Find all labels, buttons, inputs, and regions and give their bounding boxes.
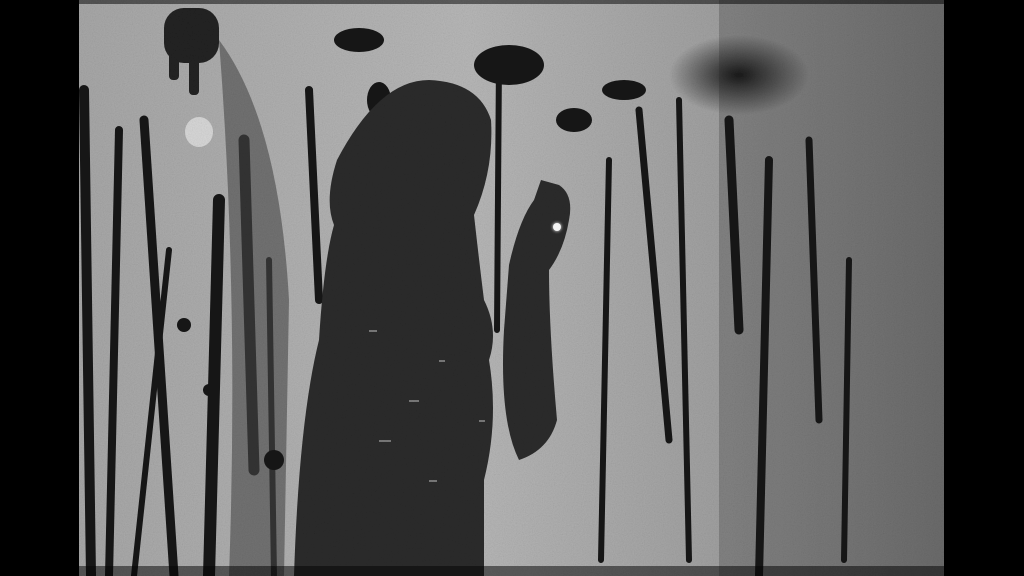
- game-viewport[interactable]: [79, 0, 944, 576]
- scene-art: [79, 0, 944, 576]
- letterbox-left: [0, 0, 79, 576]
- crosshair-icon: [553, 223, 561, 231]
- letterbox-right: [944, 0, 1024, 576]
